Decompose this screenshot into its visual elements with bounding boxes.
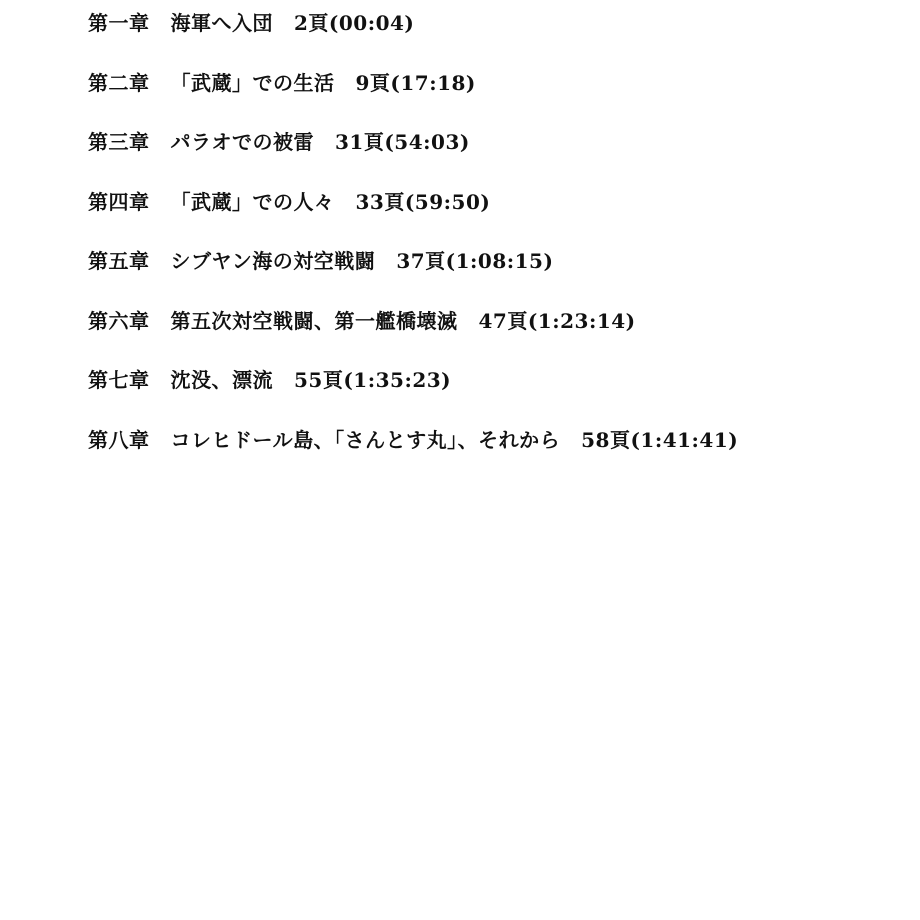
chapter-label: 第五章 <box>88 251 150 271</box>
timestamp: (59:50) <box>405 192 490 212</box>
page-number: 9頁 <box>356 73 391 93</box>
chapter-label: 第四章 <box>88 192 150 212</box>
timestamp: (1:08:15) <box>446 251 554 271</box>
page-number: 33頁 <box>356 192 405 212</box>
timestamp: (1:23:14) <box>528 311 636 331</box>
toc-entry: 第二章「武蔵」での生活9頁(17:18) <box>88 73 738 93</box>
page-number: 37頁 <box>396 251 445 271</box>
toc-entry: 第六章第五次対空戦闘、第一艦橋壊滅47頁(1:23:14) <box>88 311 738 331</box>
chapter-title: シブヤン海の対空戦闘 <box>171 251 376 271</box>
toc-entry: 第五章シブヤン海の対空戦闘37頁(1:08:15) <box>88 251 738 271</box>
timestamp: (1:35:23) <box>343 370 451 390</box>
page-number: 47頁 <box>479 311 528 331</box>
chapter-title: 「武蔵」での人々 <box>171 192 335 212</box>
page-number: 55頁 <box>294 370 343 390</box>
chapter-label: 第二章 <box>88 73 150 93</box>
chapter-label: 第一章 <box>88 13 150 33</box>
toc-entry: 第一章海軍へ入団2頁(00:04) <box>88 13 738 33</box>
timestamp: (17:18) <box>390 73 475 93</box>
chapter-title: 「武蔵」での生活 <box>171 73 335 93</box>
page-number: 2頁 <box>294 13 329 33</box>
chapter-title: 第五次対空戦闘、第一艦橋壊滅 <box>171 311 458 331</box>
toc-entry: 第七章沈没、漂流55頁(1:35:23) <box>88 370 738 390</box>
timestamp: (1:41:41) <box>630 430 738 450</box>
timestamp: (54:03) <box>384 132 469 152</box>
document-page: 第一章海軍へ入団2頁(00:04) 第二章「武蔵」での生活9頁(17:18) 第… <box>0 0 920 920</box>
table-of-contents: 第一章海軍へ入団2頁(00:04) 第二章「武蔵」での生活9頁(17:18) 第… <box>88 13 738 489</box>
page-number: 31頁 <box>335 132 384 152</box>
chapter-label: 第七章 <box>88 370 150 390</box>
toc-entry: 第三章パラオでの被雷31頁(54:03) <box>88 132 738 152</box>
chapter-title: 沈没、漂流 <box>171 370 274 390</box>
toc-entry: 第四章「武蔵」での人々33頁(59:50) <box>88 192 738 212</box>
chapter-title: コレヒドール島、「さんとす丸」、それから <box>171 430 561 450</box>
chapter-label: 第八章 <box>88 430 150 450</box>
chapter-label: 第六章 <box>88 311 150 331</box>
page-number: 58頁 <box>581 430 630 450</box>
chapter-title: パラオでの被雷 <box>171 132 315 152</box>
chapter-title: 海軍へ入団 <box>171 13 274 33</box>
toc-entry: 第八章コレヒドール島、「さんとす丸」、それから58頁(1:41:41) <box>88 430 738 450</box>
timestamp: (00:04) <box>329 13 414 33</box>
chapter-label: 第三章 <box>88 132 150 152</box>
